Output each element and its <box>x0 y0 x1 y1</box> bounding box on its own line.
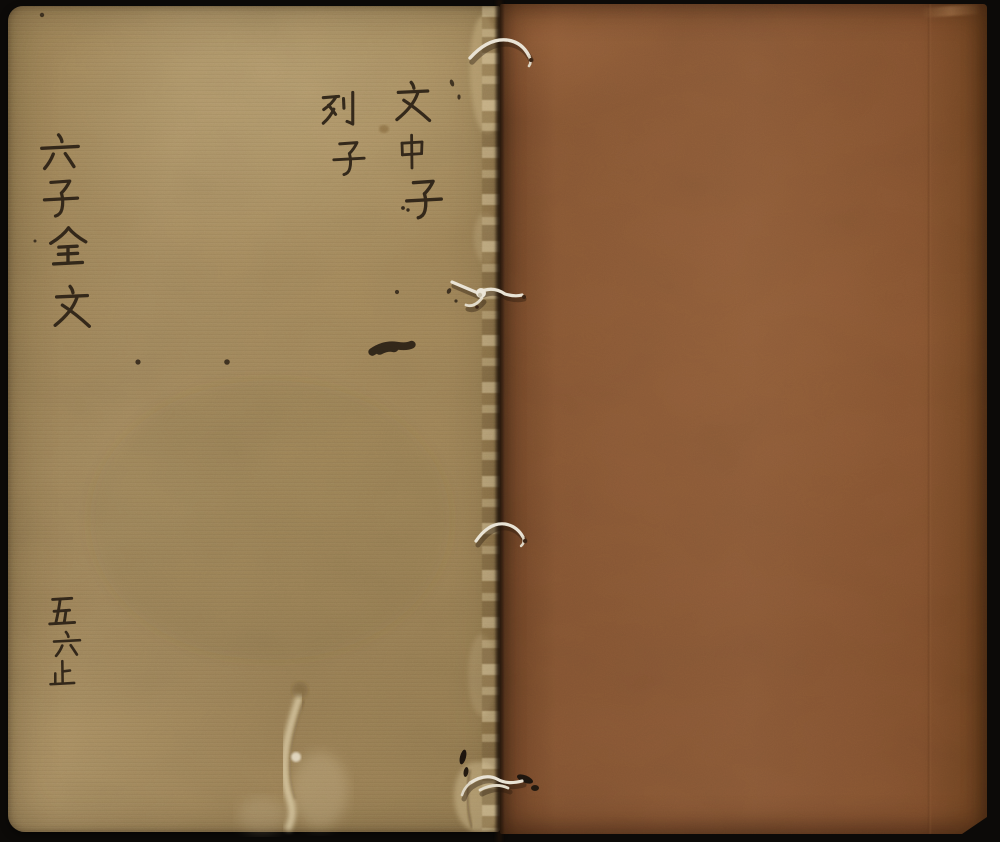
spine-seam-shadow <box>494 0 504 842</box>
laid-paper-lines <box>8 6 500 832</box>
front-cover <box>8 6 500 832</box>
cover-crease-line <box>928 4 931 834</box>
back-cover <box>500 4 987 834</box>
book-photograph <box>0 0 1000 842</box>
